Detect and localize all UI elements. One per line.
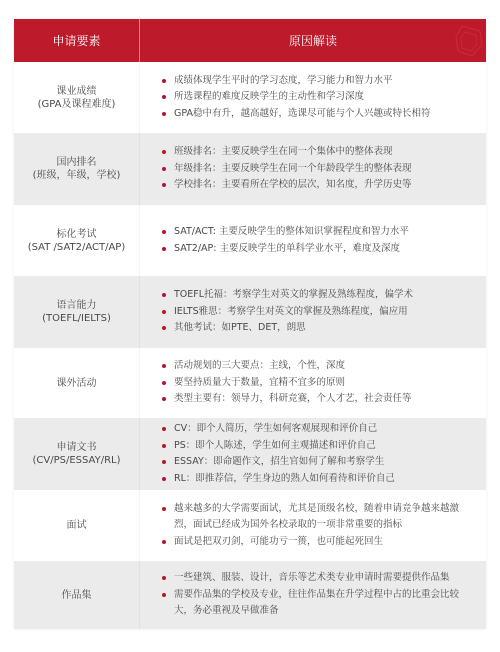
header-col-explanation: 原因解读 — [140, 19, 486, 62]
factor-cell: 面试 — [14, 490, 140, 561]
factor-subtitle: (CV/PS/ESSAY/RL) — [32, 454, 120, 467]
bullet-point: 需要作品集的学校及专业，往往作品集在升学过程中占的比重会比较大，务必重视及早做准… — [160, 587, 464, 620]
factor-title: 国内排名 — [57, 156, 97, 169]
factor-title: 作品集 — [62, 589, 92, 602]
bullet-icon — [162, 95, 166, 99]
bullet-icon — [162, 310, 166, 314]
bullet-point: TOEFL托福：考察学生对英文的掌握及熟练程度，偏学术 — [160, 287, 464, 304]
bullet-point: PS：即个人陈述，学生如何主观描述和评价自己 — [160, 438, 464, 455]
bullet-point: ESSAY：即命题作文，招生官如何了解和考察学生 — [160, 454, 464, 471]
factor-cell: 课业成绩 (GPA及课程难度) — [14, 62, 140, 133]
bullet-icon — [162, 112, 166, 116]
bullet-point: 要坚持质量大于数量，宜精不宜多的原则 — [160, 375, 464, 392]
bullet-point: 学校排名：主要看所在学校的层次，知名度，升学历史等 — [160, 177, 464, 194]
bullet-point: 活动规划的三大要点：主线，个性，深度 — [160, 358, 464, 375]
table-row: 语言能力 (TOEFL/IELTS) TOEFL托福：考察学生对英文的掌握及熟练… — [14, 276, 486, 348]
factor-cell: 作品集 — [14, 561, 140, 629]
factor-subtitle: (班级，年级，学校) — [33, 169, 121, 182]
bullet-point: 班级排名：主要反映学生在同一个集体中的整体表现 — [160, 144, 464, 161]
factor-title: 面试 — [67, 519, 87, 532]
bullet-point: 类型主要有：领导力，科研竞赛，个人才艺，社会责任等 — [160, 391, 464, 408]
factor-cell: 课外活动 — [14, 348, 140, 418]
bullet-point: IELTS雅思：考察学生对英文的掌握及熟练程度，偏应用 — [160, 304, 464, 321]
bullet-icon — [162, 167, 166, 171]
explanation-cell: 越来越多的大学需要面试，尤其是顶级名校，随着申请竞争越来越激烈，面试已经成为国外… — [140, 490, 486, 561]
explanation-cell: SAT/ACT: 主要反映学生的整体知识掌握程度和智力水平 SAT2/AP: 主… — [140, 205, 486, 276]
bullet-icon — [162, 540, 166, 544]
bullet-point: 成绩体现学生平时的学习态度，学习能力和智力水平 — [160, 73, 464, 90]
factor-cell: 国内排名 (班级，年级，学校) — [14, 133, 140, 205]
table-row: 课外活动 活动规划的三大要点：主线，个性，深度 要坚持质量大于数量，宜精不宜多的… — [14, 348, 486, 418]
bullet-icon — [162, 507, 166, 511]
explanation-cell: 班级排名：主要反映学生在同一个集体中的整体表现 年级排名：主要反映学生在同一个年… — [140, 133, 486, 205]
bullet-point: SAT/ACT: 主要反映学生的整体知识掌握程度和智力水平 — [160, 224, 464, 241]
bullet-point: 其他考试：如PTE、DET，朗思 — [160, 320, 464, 337]
explanation-cell: 活动规划的三大要点：主线，个性，深度 要坚持质量大于数量，宜精不宜多的原则 类型… — [140, 348, 486, 418]
bullet-icon — [162, 150, 166, 154]
table-row: 面试 越来越多的大学需要面试，尤其是顶级名校，随着申请竞争越来越激烈，面试已经成… — [14, 490, 486, 561]
bullet-icon — [162, 183, 166, 187]
factor-title: 标化考试 — [57, 228, 97, 241]
table-row: 申请文书 (CV/PS/ESSAY/RL) CV：即个人简历，学生如何客观展现和… — [14, 418, 486, 490]
factor-title: 课业成绩 — [57, 85, 97, 98]
bullet-point: 面试是把双刃剑，可能功亏一篑，也可能起死回生 — [160, 534, 464, 551]
factor-cell: 申请文书 (CV/PS/ESSAY/RL) — [14, 418, 140, 490]
bullet-point: 年级排名：主要反映学生在同一个年龄段学生的整体表现 — [160, 161, 464, 178]
bullet-point: 一些建筑、服装、设计，音乐等艺术类专业申请时需要提供作品集 — [160, 570, 464, 587]
explanation-cell: TOEFL托福：考察学生对英文的掌握及熟练程度，偏学术 IELTS雅思：考察学生… — [140, 276, 486, 348]
bullet-icon — [162, 397, 166, 401]
factor-title: 课外活动 — [57, 377, 97, 390]
bullet-icon — [162, 444, 166, 448]
header-col-factor: 申请要素 — [14, 19, 140, 62]
table-header: 申请要素 原因解读 — [14, 19, 486, 62]
table-row: 作品集 一些建筑、服装、设计，音乐等艺术类专业申请时需要提供作品集 需要作品集的… — [14, 561, 486, 629]
bullet-icon — [162, 230, 166, 234]
explanation-cell: 成绩体现学生平时的学习态度，学习能力和智力水平 所选课程的难度反映学生的主动性和… — [140, 62, 486, 133]
factor-cell: 语言能力 (TOEFL/IELTS) — [14, 276, 140, 348]
table-row: 课业成绩 (GPA及课程难度) 成绩体现学生平时的学习态度，学习能力和智力水平 … — [14, 62, 486, 133]
bullet-icon — [162, 79, 166, 83]
emblem-icon — [454, 23, 484, 59]
factor-subtitle: (SAT /SAT2/ACT/AP) — [28, 241, 126, 254]
bullet-icon — [162, 477, 166, 481]
factor-subtitle: (TOEFL/IELTS) — [42, 312, 111, 325]
bullet-icon — [162, 381, 166, 385]
bullet-icon — [162, 593, 166, 597]
table-row: 标化考试 (SAT /SAT2/ACT/AP) SAT/ACT: 主要反映学生的… — [14, 205, 486, 276]
factor-title: 申请文书 — [57, 441, 97, 454]
bullet-icon — [162, 460, 166, 464]
bullet-point: GPA稳中有升，越高越好，选课尽可能与个人兴趣或特长相符 — [160, 106, 464, 123]
explanation-cell: CV：即个人简历，学生如何客观展现和评价自己 PS：即个人陈述，学生如何主观描述… — [140, 418, 486, 490]
bullet-icon — [162, 247, 166, 251]
factor-title: 语言能力 — [57, 299, 97, 312]
bullet-point: 越来越多的大学需要面试，尤其是顶级名校，随着申请竞争越来越激烈，面试已经成为国外… — [160, 501, 464, 534]
table-row: 国内排名 (班级，年级，学校) 班级排名：主要反映学生在同一个集体中的整体表现 … — [14, 133, 486, 205]
bullet-icon — [162, 326, 166, 330]
factor-subtitle: (GPA及课程难度) — [38, 98, 116, 111]
factor-cell: 标化考试 (SAT /SAT2/ACT/AP) — [14, 205, 140, 276]
application-factors-table: 申请要素 原因解读 课业成绩 (GPA及课程难度) 成绩体现学生平时的学习态度，… — [14, 19, 486, 629]
bullet-icon — [162, 427, 166, 431]
explanation-cell: 一些建筑、服装、设计，音乐等艺术类专业申请时需要提供作品集 需要作品集的学校及专… — [140, 561, 486, 629]
bullet-icon — [162, 576, 166, 580]
bullet-point: RL：即推荐信，学生身边的熟人如何看待和评价自己 — [160, 471, 464, 488]
bullet-icon — [162, 293, 166, 297]
bullet-point: SAT2/AP: 主要反映学生的单科学业水平，难度及深度 — [160, 241, 464, 258]
bullet-point: 所选课程的难度反映学生的主动性和学习深度 — [160, 89, 464, 106]
bullet-icon — [162, 364, 166, 368]
bullet-point: CV：即个人简历，学生如何客观展现和评价自己 — [160, 421, 464, 438]
